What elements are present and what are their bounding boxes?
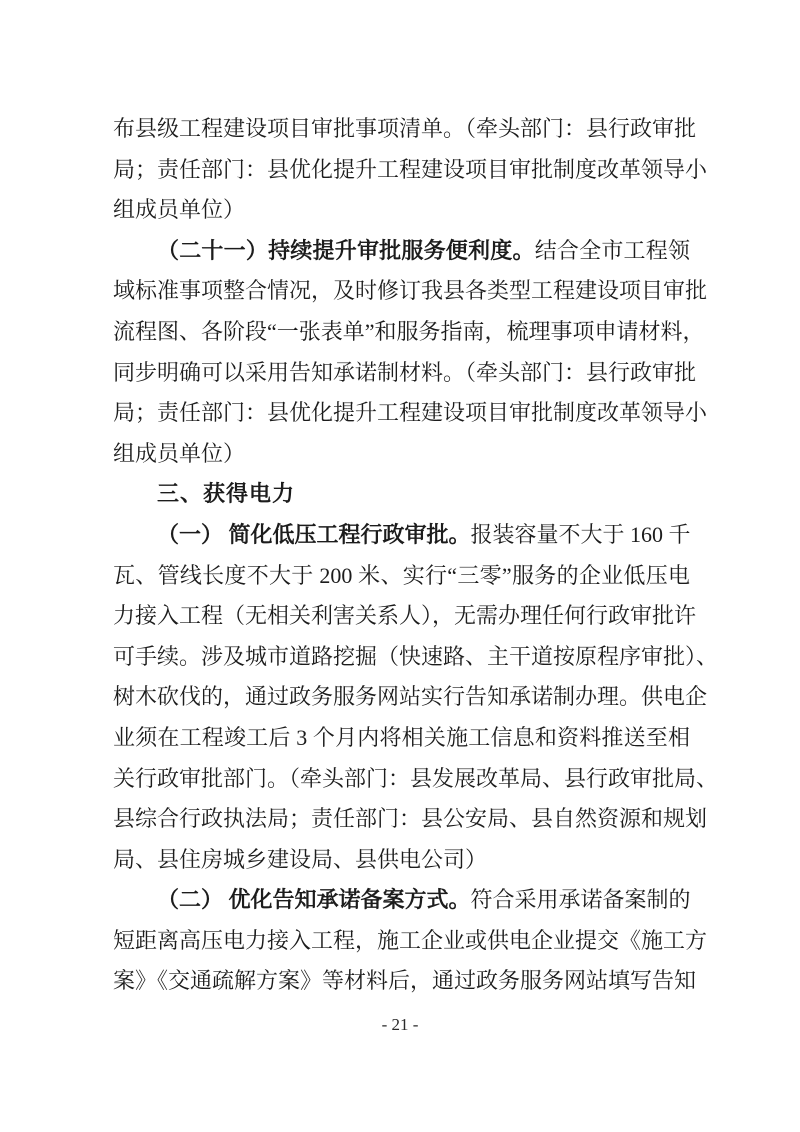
para-21-line: 同步明确可以采用告知承诺制材料。（牵头部门：县行政审批 xyxy=(113,353,690,394)
text-segment: 布县级工程建设项目审批事项清单。（牵头部门：县行政审批 xyxy=(113,116,696,141)
para-continuation-line: 局；责任部门：县优化提升工程建设项目审批制度改革领导小 xyxy=(113,150,690,191)
text-segment: 业须在工程竣工后 3 个月内将相关施工信息和资料推送至相 xyxy=(113,725,690,750)
text-segment: 组成员单位） xyxy=(113,197,245,222)
para-2-first-line: （二） 优化告知承诺备案方式。符合采用承诺备案制的 xyxy=(113,880,690,921)
para-1-line: 关行政审批部门。（牵头部门：县发展改革局、县行政审批局、 xyxy=(113,759,690,800)
para-21-end-line: 组成员单位） xyxy=(113,434,690,475)
section-heading: 三、获得电力 xyxy=(113,474,690,515)
para-1-first-line: （一） 简化低压工程行政审批。报装容量不大于 160 千 xyxy=(113,515,690,556)
para-21-first-line: （二十一）持续提升审批服务便利度。结合全市工程领 xyxy=(113,231,690,272)
text-segment: 三、获得电力 xyxy=(157,481,295,506)
para-1-line: 树木砍伐的，通过政务服务网站实行告知承诺制办理。供电企 xyxy=(113,677,690,718)
text-segment: 报装容量不大于 160 千 xyxy=(471,522,691,547)
para-1-line: 县综合行政执法局；责任部门：县公安局、县自然资源和规划 xyxy=(113,799,690,840)
para-end-line: 组成员单位） xyxy=(113,190,690,231)
para-21-line: 流程图、各阶段“一张表单”和服务指南，梳理事项申请材料， xyxy=(113,312,690,353)
text-segment: 短距离高压电力接入工程，施工企业或供电企业提交《施工方 xyxy=(113,928,707,953)
text-segment: 关行政审批部门。（牵头部门：县发展改革局、县行政审批局、 xyxy=(113,766,718,791)
para-21-line: 局；责任部门：县优化提升工程建设项目审批制度改革领导小 xyxy=(113,393,690,434)
para-1-line: 力接入工程（无相关利害关系人），无需办理任何行政审批许 xyxy=(113,596,690,637)
para-1-line: 瓦、管线长度不大于 200 米、实行“三零”服务的企业低压电 xyxy=(113,556,690,597)
para-2-line: 案》《交通疏解方案》等材料后，通过政务服务网站填写告知 xyxy=(113,961,690,1002)
text-segment: 可手续。涉及城市道路挖掘（快速路、主干道按原程序审批）、 xyxy=(113,644,718,669)
text-segment: 县综合行政执法局；责任部门：县公安局、县自然资源和规划 xyxy=(113,806,707,831)
text-segment: 树木砍伐的，通过政务服务网站实行告知承诺制办理。供电企 xyxy=(113,684,707,709)
text-segment: 结合全市工程领 xyxy=(535,238,690,263)
text-segment: 力接入工程（无相关利害关系人），无需办理任何行政审批许 xyxy=(113,603,696,628)
text-segment: 局；责任部门：县优化提升工程建设项目审批制度改革领导小 xyxy=(113,157,707,182)
text-segment: 流程图、各阶段“一张表单”和服务指南，梳理事项申请材料， xyxy=(113,319,705,344)
text-segment: 符合采用承诺备案制的 xyxy=(471,887,691,912)
para-1-end-line: 局、县住房城乡建设局、县供电公司） xyxy=(113,840,690,881)
text-segment: 案》《交通疏解方案》等材料后，通过政务服务网站填写告知 xyxy=(113,968,696,993)
document-body: 布县级工程建设项目审批事项清单。（牵头部门：县行政审批局；责任部门：县优化提升工… xyxy=(113,109,690,1002)
text-segment: 局、县住房城乡建设局、县供电公司） xyxy=(113,847,487,872)
text-segment: （二十一）持续提升审批服务便利度。 xyxy=(157,238,535,263)
para-21-line: 域标准事项整合情况，及时修订我县各类型工程建设项目审批 xyxy=(113,271,690,312)
para-continuation-line: 布县级工程建设项目审批事项清单。（牵头部门：县行政审批 xyxy=(113,109,690,150)
para-2-line: 短距离高压电力接入工程，施工企业或供电企业提交《施工方 xyxy=(113,921,690,962)
text-segment: 瓦、管线长度不大于 200 米、实行“三零”服务的企业低压电 xyxy=(113,563,690,588)
text-segment: （二） 优化告知承诺备案方式。 xyxy=(157,887,471,912)
text-segment: 同步明确可以采用告知承诺制材料。（牵头部门：县行政审批 xyxy=(113,360,696,385)
page-number: - 21 - xyxy=(0,1012,800,1038)
text-segment: 局；责任部门：县优化提升工程建设项目审批制度改革领导小 xyxy=(113,400,707,425)
para-1-line: 业须在工程竣工后 3 个月内将相关施工信息和资料推送至相 xyxy=(113,718,690,759)
para-1-line: 可手续。涉及城市道路挖掘（快速路、主干道按原程序审批）、 xyxy=(113,637,690,678)
text-segment: （一） 简化低压工程行政审批。 xyxy=(157,522,471,547)
text-segment: 域标准事项整合情况，及时修订我县各类型工程建设项目审批 xyxy=(113,278,707,303)
text-segment: 组成员单位） xyxy=(113,441,245,466)
document-page: 布县级工程建设项目审批事项清单。（牵头部门：县行政审批局；责任部门：县优化提升工… xyxy=(0,0,800,1132)
